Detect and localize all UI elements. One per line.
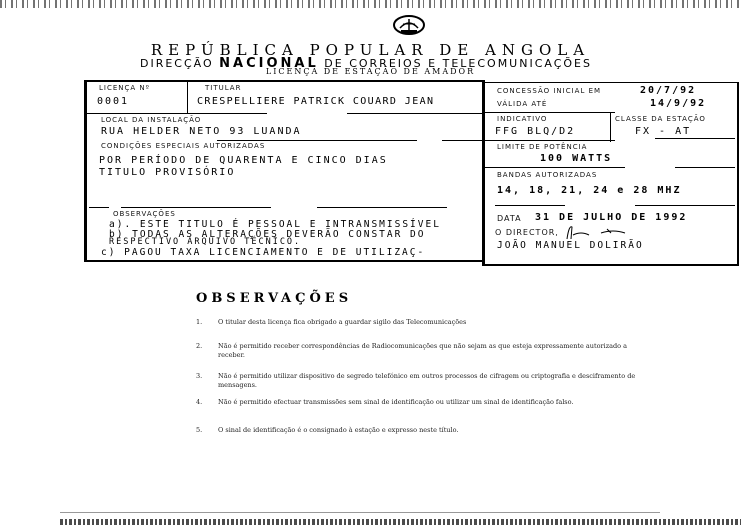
conditions-label: CONDIÇÕES ESPECIAIS AUTORIZADAS [101,142,265,150]
divider [89,207,109,208]
callsign-value: FFG BLQ/D2 [495,126,575,137]
divider [187,82,188,113]
licence-details-box: LICENÇA Nº 0001 TITULAR CRESPELLIERE PAT… [84,80,485,262]
licence-type: LICENÇA DE ESTAÇÃO DE AMADOR [0,67,741,76]
condition-line-1: POR PERÍODO DE QUARENTA E CINCO DIAS [99,155,388,166]
divider [655,138,735,139]
power-limit-value: 100 WATTS [540,153,612,164]
divider [317,207,447,208]
station-class-label: CLASSE DA ESTAÇÃO [615,115,706,123]
bands-label: BANDAS AUTORIZADAS [497,171,597,179]
divider [347,113,483,114]
notes-title: OBSERVAÇÕES [196,291,352,306]
validity-box: CONCESSÃO INICIAL EM 20/7/92 VÁLIDA ATÉ … [482,82,739,266]
signature-icon [563,223,663,241]
power-limit-label: LIMITE DE POTÊNCIA [497,143,587,151]
note-number: 3. [196,372,216,381]
scan-noise-top [0,0,741,8]
callsign-label: INDICATIVO [497,115,547,123]
divider [610,112,611,142]
condition-line-2: TITULO PROVISÓRIO [99,167,235,178]
initial-date: 20/7/92 [640,85,696,96]
note-text: Não é permitido utilizar dispositivo de … [218,372,648,390]
note-number: 2. [196,342,216,351]
note-number: 5. [196,426,216,435]
note-text: O titular desta licença fica obrigado a … [218,318,648,327]
divider [217,140,417,141]
holder-name: CRESPELLIERE PATRICK COUARD JEAN [197,96,434,107]
valid-until-date: 14/9/92 [650,98,706,109]
divider [485,167,625,168]
divider [495,205,565,206]
observation-c: c) PAGOU TAXA LICENCIAMENTO E DE UTILIZA… [101,247,425,258]
angola-coat-of-arms-icon [392,14,426,36]
holder-label: TITULAR [205,84,241,92]
divider [635,205,735,206]
divider [485,112,615,113]
date-label: DATA [497,214,522,223]
observations-label: OBSERVAÇÕES [113,210,176,218]
director-label: O DIRECTOR, [495,228,559,237]
divider [121,207,271,208]
location-value: RUA HELDER NETO 93 LUANDA [101,126,302,137]
scan-noise-bottom [60,519,741,525]
divider [485,140,615,141]
observation-b-cont: RESPECTIVO ARQUIVO TÉCNICO. [109,237,301,247]
divider [87,113,267,114]
licence-number-label: LICENÇA Nº [99,84,150,92]
note-number: 1. [196,318,216,327]
valid-until-label: VÁLIDA ATÉ [497,100,547,108]
scan-line [60,512,660,513]
note-number: 4. [196,398,216,407]
bands-value: 14, 18, 21, 24 e 28 MHZ [497,185,681,196]
divider [675,167,735,168]
note-text: Não é permitido efectuar transmissões se… [218,398,648,407]
issue-date: 31 DE JULHO DE 1992 [535,212,687,223]
note-text: O sinal de identificação é o consignado … [218,426,648,435]
note-text: Não é permitido receber correspondências… [218,342,648,360]
director-name: JOÃO MANUEL DOLIRÃO [497,240,644,251]
licence-number: 0001 [97,96,129,107]
initial-date-label: CONCESSÃO INICIAL EM [497,87,601,95]
divider [442,140,483,141]
location-label: LOCAL DA INSTALAÇÃO [101,116,201,124]
station-class-value: FX - AT [635,126,691,137]
